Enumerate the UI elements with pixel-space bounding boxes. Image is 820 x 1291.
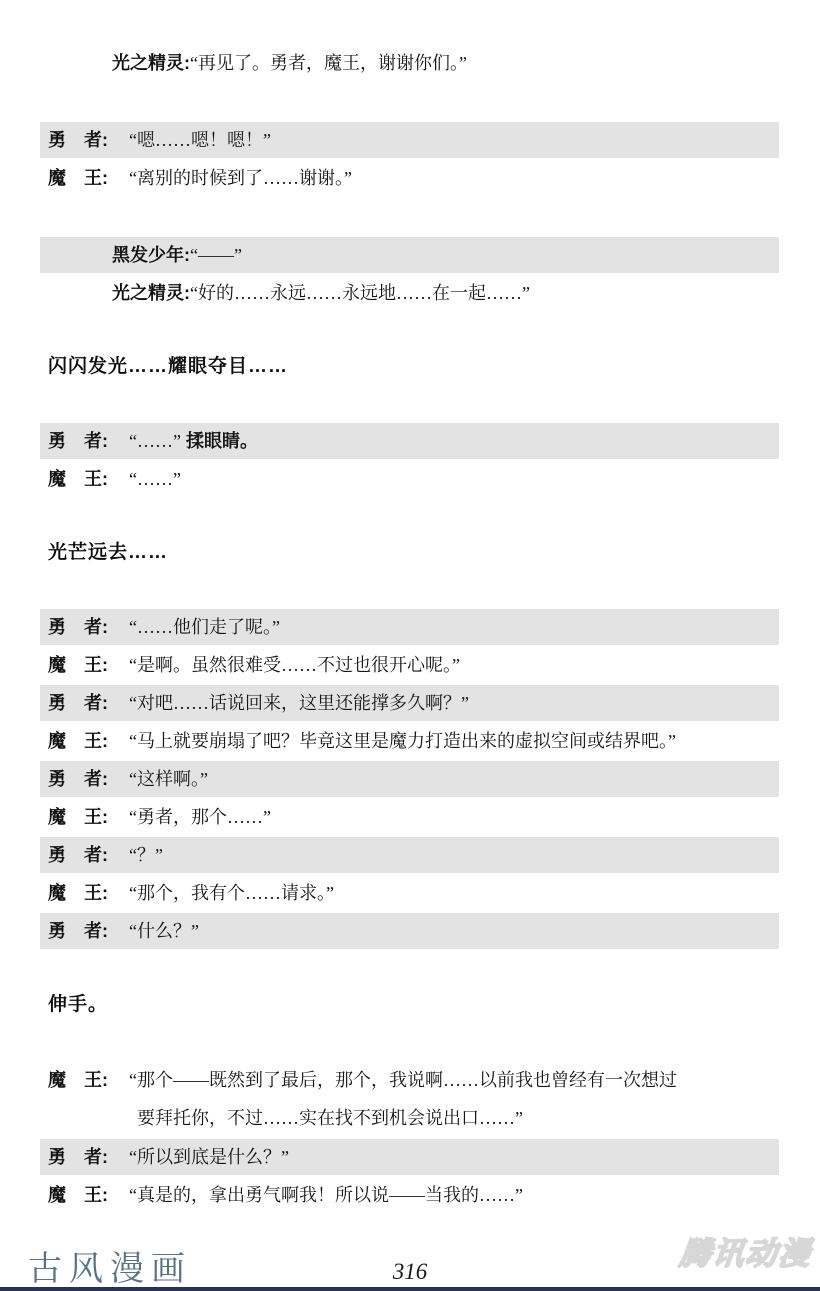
speaker-label: 魔 王: [40,461,129,497]
dialogue-row: 光之精灵:“好的……永远……永远地……在一起……” [40,275,779,311]
speaker-label: 魔 王: [40,1061,129,1099]
speaker-label: 魔 王: [40,875,129,911]
dialogue-text: “再见了。勇者，魔王，谢谢你们。” [190,45,467,81]
dialogue-text: “——” [190,237,242,273]
speaker-label: 勇 者: [40,761,129,797]
speaker-label: 勇 者: [40,1139,129,1175]
dialogue-text: “那个——既然到了最后，那个，我说啊……以前我也曾经有一次想过要拜托你，不过……… [129,1061,677,1137]
dialogue-row: 勇 者:“……” 揉眼睛。 [40,423,779,459]
dialogue-row: 魔 王:“……” [40,461,779,497]
dialogue-text-wrapped: 要拜托你，不过……实在找不到机会说出口……” [129,1099,523,1137]
watermark-logo: 腾讯动漫 [678,1228,815,1273]
section-gap [40,83,779,122]
dialogue-row: 魔 王:“离别的时候到了……谢谢。” [40,160,779,196]
dialogue-text: “……他们走了呢。” [129,609,280,645]
dialogue-text: “马上就要崩塌了吧？毕竟这里是魔力打造出来的虚拟空间或结界吧。” [129,723,676,759]
dialogue-text: “那个，我有个……请求。” [129,875,334,911]
speaker-label: 勇 者: [40,913,129,949]
speaker-label: 魔 王: [40,1177,129,1213]
speaker-label: 光之精灵: [104,45,190,81]
dialogue-text: “真是的，拿出勇气啊我！所以说——当我的……” [129,1177,523,1213]
dialogue-text: “？” [129,837,163,873]
dialogue-row: 光之精灵:“再见了。勇者，魔王，谢谢你们。” [40,45,779,81]
dialogue-text: “是啊。虽然很难受……不过也很开心呢。” [129,647,460,683]
script-page: 光之精灵:“再见了。勇者，魔王，谢谢你们。”勇 者:“嗯……嗯！嗯！”魔 王:“… [0,0,820,1291]
dialogue-text: “这样啊。” [129,761,208,797]
dialogue-row: 魔 王:“那个——既然到了最后，那个，我说啊……以前我也曾经有一次想过要拜托你，… [40,1061,779,1137]
speaker-label: 勇 者: [40,122,129,158]
dialogue-text: “……” [129,461,181,497]
dialogue-script: 光之精灵:“再见了。勇者，魔王，谢谢你们。”勇 者:“嗯……嗯！嗯！”魔 王:“… [40,45,779,1215]
dialogue-text: “好的……永远……永远地……在一起……” [190,275,530,311]
dialogue-text: “嗯……嗯！嗯！” [129,122,271,158]
bottom-divider [0,1287,820,1291]
dialogue-row: 魔 王:“那个，我有个……请求。” [40,875,779,911]
dialogue-text: “对吧……话说回来，这里还能撑多久啊？” [129,685,469,721]
dialogue-row: 勇 者:“什么？” [40,913,779,949]
speaker-label: 魔 王: [40,647,129,683]
dialogue-row: 勇 者:“嗯……嗯！嗯！” [40,122,779,158]
speaker-label: 勇 者: [40,837,129,873]
speaker-label: 勇 者: [40,609,129,645]
section-heading: 光芒远去…… [40,535,779,571]
speaker-label: 勇 者: [40,423,129,459]
dialogue-row: 魔 王:“马上就要崩塌了吧？毕竟这里是魔力打造出来的虚拟空间或结界吧。” [40,723,779,759]
speaker-label: 魔 王: [40,799,129,835]
dialogue-row: 魔 王:“是啊。虽然很难受……不过也很开心呢。” [40,647,779,683]
action-text: 揉眼睛。 [181,431,258,451]
section-gap [40,198,779,237]
speaker-label: 勇 者: [40,685,129,721]
dialogue-row: 勇 者:“这样啊。” [40,761,779,797]
dialogue-text: “所以到底是什么？” [129,1139,289,1175]
speaker-label: 魔 王: [40,160,129,196]
dialogue-row: 黑发少年:“——” [40,237,779,273]
dialogue-text: “什么？” [129,913,199,949]
section-heading: 闪闪发光……耀眼夺目…… [40,349,779,385]
dialogue-text: “离别的时候到了……谢谢。” [129,160,352,196]
dialogue-row: 勇 者:“？” [40,837,779,873]
section-heading: 伸手。 [40,987,779,1023]
speaker-label: 魔 王: [40,723,129,759]
dialogue-text: “勇者，那个……” [129,799,271,835]
dialogue-text: “……” 揉眼睛。 [129,423,258,459]
dialogue-row: 勇 者:“对吧……话说回来，这里还能撑多久啊？” [40,685,779,721]
speaker-label: 黑发少年: [104,237,190,273]
dialogue-row: 勇 者:“……他们走了呢。” [40,609,779,645]
dialogue-row: 魔 王:“勇者，那个……” [40,799,779,835]
speaker-label: 光之精灵: [104,275,190,311]
dialogue-row: 魔 王:“真是的，拿出勇气啊我！所以说——当我的……” [40,1177,779,1213]
dialogue-row: 勇 者:“所以到底是什么？” [40,1139,779,1175]
